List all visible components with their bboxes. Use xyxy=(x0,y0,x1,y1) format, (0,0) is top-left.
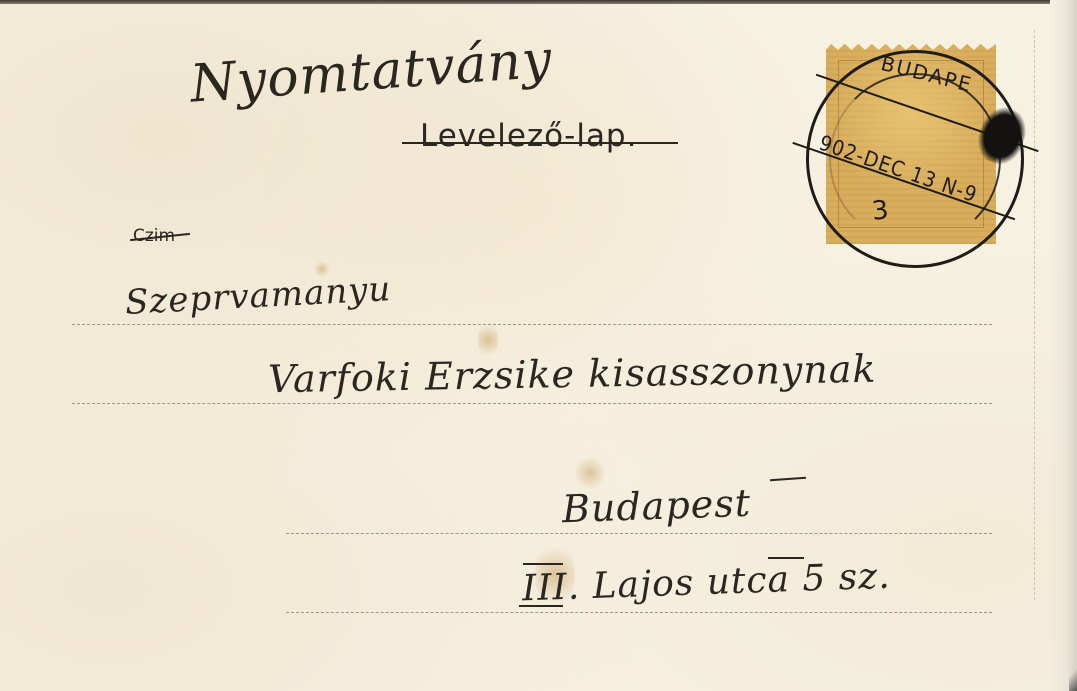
address-line-2: Varfoki Erzsike kisasszonynak xyxy=(268,347,877,402)
scan-corner-shadow xyxy=(1069,661,1077,691)
address-line-4: III. Lajos utca 5 sz. xyxy=(521,556,891,610)
handwritten-overline xyxy=(768,557,804,559)
scan-top-edge xyxy=(0,0,1050,4)
address-line-3-rule xyxy=(286,533,992,534)
handwritten-underline xyxy=(519,605,563,607)
postmark-district: 3 xyxy=(870,195,890,227)
printed-levelezo-lap: Levelező-lap. xyxy=(420,118,637,154)
address-line-1-rule xyxy=(72,324,992,325)
address-line-3: Budapest xyxy=(561,481,751,532)
strikethrough-line xyxy=(402,142,678,144)
handwritten-overline xyxy=(770,477,806,482)
faint-vertical-rule xyxy=(1034,30,1035,600)
address-line-1: Szeprvamanyu xyxy=(124,269,392,323)
handwritten-overline xyxy=(523,563,563,565)
handwritten-nyomtatvany: Nyomtatvány xyxy=(188,29,554,114)
address-line-4-rule xyxy=(286,612,992,613)
postcard-back: Nyomtatvány Levelező-lap. Czim Szeprvama… xyxy=(0,0,1077,691)
address-line-2-rule xyxy=(72,403,992,404)
scan-right-edge xyxy=(1049,0,1077,691)
